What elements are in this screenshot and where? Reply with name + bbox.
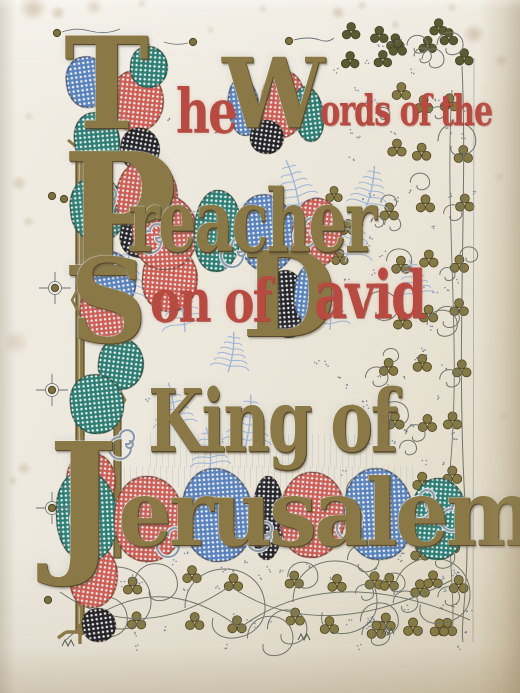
berry	[383, 58, 392, 67]
berry	[423, 36, 432, 45]
ink-speck	[432, 291, 434, 293]
berry	[454, 575, 463, 584]
trefoil-berry-ornament	[430, 19, 448, 35]
trefoil-berry-ornament	[389, 39, 407, 55]
ink-speck	[353, 160, 355, 162]
berry	[377, 629, 386, 638]
ink-speck	[446, 368, 448, 370]
berry	[455, 299, 464, 308]
ink-speck	[218, 588, 220, 590]
margin-gold-dot	[53, 29, 60, 36]
berry	[415, 580, 424, 589]
berry	[367, 629, 376, 638]
ink-speck	[235, 617, 237, 619]
ink-speck	[372, 616, 374, 618]
ink-speck	[400, 38, 402, 40]
berry	[433, 579, 442, 588]
vine-curl	[247, 616, 293, 655]
foxing-spot	[330, 6, 346, 19]
berry	[445, 29, 454, 38]
berry	[132, 612, 141, 621]
berry	[439, 26, 448, 35]
berry	[464, 154, 473, 163]
trefoil-berry-ornament	[365, 572, 384, 589]
foxing-spot	[446, 2, 458, 12]
ink-speck	[430, 325, 432, 327]
ink-speck	[349, 157, 351, 159]
berry	[185, 621, 194, 630]
trefoil-berry-ornament	[411, 580, 430, 597]
ink-speck	[353, 159, 355, 161]
berry	[347, 23, 356, 32]
ink-speck	[475, 191, 477, 193]
ink-speck	[195, 616, 197, 618]
ink-speck	[431, 226, 433, 228]
trefoil-berry-ornament	[404, 618, 423, 635]
vine-curl	[440, 370, 460, 387]
ink-speck	[397, 41, 399, 43]
ink-speck	[443, 591, 445, 593]
ink-speck	[404, 609, 406, 611]
berry	[393, 39, 402, 48]
illuminated-initial-J: J	[48, 438, 118, 562]
ink-speck	[134, 632, 136, 634]
trefoil-berry-ornament	[416, 195, 434, 212]
w-squiggle-mark	[382, 628, 394, 634]
ink-speck	[377, 215, 379, 217]
stipple-panel	[80, 606, 118, 644]
ink-speck	[447, 289, 449, 291]
ink-speck	[426, 354, 428, 356]
ink-speck	[457, 282, 459, 284]
ink-speck	[422, 350, 424, 352]
fern-barb	[228, 336, 234, 338]
berry	[375, 580, 384, 589]
ink-speck	[165, 626, 167, 628]
ink-speck	[413, 426, 415, 428]
ink-speck	[403, 376, 405, 378]
ink-speck	[466, 631, 468, 633]
berry	[429, 571, 438, 580]
trefoil-berry-ornament	[440, 29, 458, 45]
ink-speck	[289, 580, 291, 582]
ink-speck	[440, 607, 442, 609]
vine-curl	[393, 591, 418, 612]
foxing-spot	[498, 412, 508, 421]
berry	[449, 36, 458, 45]
trefoil-berry-ornament	[380, 573, 398, 590]
berry	[435, 619, 444, 628]
foxing-spot	[18, 0, 48, 20]
ink-speck	[356, 136, 358, 138]
ink-speck	[357, 645, 359, 647]
berry	[286, 616, 295, 625]
ink-speck	[368, 62, 370, 64]
ink-speck	[240, 618, 242, 620]
ink-speck	[254, 626, 256, 628]
foxing-spot	[206, 26, 215, 34]
ink-speck	[442, 608, 444, 610]
berry	[419, 44, 428, 53]
trefoil-berry-ornament	[185, 613, 203, 630]
berry	[454, 154, 463, 163]
ink-speck	[292, 575, 294, 577]
vine-curl	[435, 306, 459, 327]
illuminated-manuscript-page-photo: T W P S D J	[0, 0, 520, 693]
vine-curl	[422, 49, 444, 68]
berry	[459, 145, 468, 154]
ink-speck	[456, 439, 458, 441]
ink-speck	[268, 622, 270, 624]
vine-curl	[427, 310, 457, 336]
ink-speck	[368, 626, 370, 628]
ink-speck	[445, 590, 447, 592]
berry	[137, 620, 146, 629]
fern-spine	[228, 332, 236, 372]
trefoil-berry-ornament	[387, 34, 405, 50]
berry	[233, 616, 242, 625]
fern-barb	[210, 362, 230, 368]
title-line3-on-of: on of	[150, 274, 271, 328]
ink-speck	[330, 577, 332, 579]
ink-speck	[358, 137, 360, 139]
berry	[290, 571, 299, 580]
berry	[422, 362, 431, 371]
trefoil-berry-ornament	[224, 574, 242, 591]
berry	[412, 151, 421, 160]
w-squiggle-mark	[298, 634, 310, 640]
berry	[375, 26, 384, 35]
ink-speck	[226, 647, 228, 649]
book-gutter-shadow	[0, 0, 16, 693]
ink-speck	[432, 326, 434, 328]
vine-curl	[444, 205, 462, 221]
berry	[450, 263, 459, 272]
foxing-spot	[258, 4, 268, 13]
ink-speck	[184, 589, 186, 591]
berry	[429, 258, 438, 267]
illuminated-initial-W-block: W	[222, 56, 328, 160]
vine-curl	[267, 610, 306, 644]
ink-speck	[137, 644, 139, 646]
berry	[295, 579, 304, 588]
berry	[374, 58, 383, 67]
ink-speck	[464, 138, 466, 140]
ink-speck	[132, 574, 134, 576]
fern-barb	[214, 357, 231, 362]
berry	[460, 49, 469, 58]
berry	[295, 616, 304, 625]
ink-speck	[254, 623, 256, 625]
ink-speck	[451, 605, 453, 607]
berry	[234, 582, 243, 591]
berry	[380, 34, 389, 43]
ink-speck	[410, 190, 412, 192]
ink-speck	[453, 606, 455, 608]
title-line1-he: he	[176, 84, 236, 139]
ink-speck	[438, 397, 440, 399]
ink-speck	[396, 40, 398, 42]
berry	[398, 47, 407, 56]
ink-speck	[445, 368, 447, 370]
ink-speck	[360, 644, 362, 646]
berry	[381, 613, 390, 622]
page-top-highlight	[0, 0, 520, 10]
ink-speck	[193, 616, 195, 618]
ink-speck	[432, 292, 434, 294]
berry	[397, 147, 406, 156]
trefoil-berry-ornament	[455, 49, 473, 65]
berry	[386, 621, 395, 630]
berry	[421, 195, 430, 204]
ink-speck	[369, 622, 371, 624]
trefoil-berry-ornament	[320, 617, 338, 634]
ink-speck	[258, 574, 260, 576]
ink-speck	[270, 621, 272, 623]
berry	[448, 412, 457, 421]
berry	[389, 47, 398, 56]
berry	[387, 41, 396, 50]
berry	[389, 211, 398, 220]
berry	[411, 588, 420, 597]
berry	[395, 420, 404, 429]
ink-speck	[450, 193, 452, 195]
ink-speck	[404, 377, 406, 379]
ink-speck	[456, 603, 458, 605]
berry	[424, 305, 433, 314]
trefoil-berry-ornament	[342, 23, 360, 39]
ink-speck	[346, 624, 348, 626]
berry	[438, 627, 447, 636]
ink-speck	[139, 583, 141, 585]
ink-speck	[293, 576, 295, 578]
vine-curl	[438, 587, 460, 606]
fern-barb	[282, 167, 289, 170]
berry	[420, 588, 429, 597]
trefoil-berry-ornament	[450, 299, 468, 316]
foxing-spot	[2, 330, 30, 354]
berry	[385, 573, 394, 582]
ink-speck	[473, 191, 475, 193]
vine-curl	[383, 348, 398, 361]
ink-speck	[437, 398, 439, 400]
ink-speck	[385, 250, 387, 252]
trefoil-berry-ornament	[285, 571, 303, 588]
berry	[459, 584, 468, 593]
ink-speck	[138, 582, 140, 584]
trefoil-berry-ornament	[127, 612, 145, 629]
vine-curl	[355, 585, 373, 601]
ink-speck	[187, 589, 189, 591]
ink-speck	[226, 644, 228, 646]
berry	[285, 579, 294, 588]
ink-speck	[132, 577, 134, 579]
ink-speck	[397, 197, 399, 199]
ink-speck	[260, 577, 262, 579]
berry	[460, 194, 469, 203]
berry	[291, 608, 300, 617]
ink-speck	[369, 625, 371, 627]
ink-speck	[378, 45, 380, 47]
vine-curl	[381, 195, 397, 208]
berry	[384, 358, 393, 367]
ink-speck	[421, 348, 423, 350]
ink-speck	[448, 196, 450, 198]
ink-speck	[141, 581, 143, 583]
foxing-spot	[10, 176, 28, 191]
berry	[462, 368, 471, 377]
ink-speck	[420, 595, 422, 597]
vine-curl	[406, 425, 425, 442]
ink-speck	[233, 613, 235, 615]
trefoil-berry-ornament	[453, 360, 471, 377]
ink-speck	[397, 200, 399, 202]
berry	[183, 574, 192, 583]
ink-speck	[136, 649, 138, 651]
berry	[365, 580, 374, 589]
ink-speck	[330, 579, 332, 581]
berry	[434, 19, 443, 28]
berry	[192, 574, 201, 583]
fern-barb	[221, 347, 233, 351]
berry	[424, 250, 433, 259]
vine-curl	[407, 35, 427, 53]
ink-speck	[417, 591, 419, 593]
foxing-spot	[356, 0, 368, 10]
ink-speck	[359, 136, 361, 138]
berry	[380, 211, 389, 220]
trefoil-berry-ornament	[418, 414, 436, 431]
ink-speck	[373, 618, 375, 620]
fern-barb	[217, 352, 231, 356]
berry	[413, 626, 422, 635]
berry	[341, 59, 350, 68]
ink-speck	[444, 588, 446, 590]
margin-gold-dot	[48, 386, 55, 393]
ink-speck	[388, 43, 390, 45]
ink-speck	[367, 621, 369, 623]
berry	[404, 626, 413, 635]
berry	[385, 203, 394, 212]
ink-speck	[448, 290, 450, 292]
ink-speck	[369, 620, 371, 622]
trefoil-berry-ornament	[424, 571, 442, 588]
margin-gold-dot	[189, 38, 196, 45]
ink-speck	[442, 575, 444, 577]
trefoil-berry-ornament	[438, 618, 457, 635]
ink-speck	[394, 199, 396, 201]
berry	[379, 50, 388, 59]
berry	[325, 617, 334, 626]
berry	[455, 255, 464, 264]
page-bottom-edge-shadow	[0, 647, 520, 693]
ink-speck	[452, 433, 454, 435]
ink-speck	[164, 629, 166, 631]
berry	[190, 613, 199, 622]
ink-speck	[367, 618, 369, 620]
ink-speck	[406, 431, 408, 433]
berry	[448, 627, 457, 636]
ink-speck	[442, 578, 444, 580]
berry	[229, 574, 238, 583]
ink-speck	[473, 193, 475, 195]
trefoil-berry-ornament	[454, 145, 472, 162]
vine-curl	[460, 247, 478, 262]
trefoil-berry-ornament	[341, 52, 359, 68]
margin-cross-ring	[46, 384, 59, 397]
ink-speck	[382, 45, 384, 47]
ink-speck	[457, 646, 459, 648]
foxing-spot	[24, 112, 34, 121]
ink-speck	[457, 646, 459, 648]
title-line4-king-of: King of	[148, 384, 396, 461]
ink-speck	[453, 432, 455, 434]
illuminated-initial-W: W	[222, 56, 324, 133]
berry	[346, 52, 355, 61]
trefoil-berry-ornament	[456, 194, 474, 211]
vine-curl	[400, 440, 417, 455]
ink-speck	[459, 648, 461, 650]
ink-speck	[366, 60, 368, 62]
ink-speck	[422, 596, 424, 598]
ink-speck	[404, 430, 406, 432]
ink-speck	[373, 619, 375, 621]
vine-curl	[360, 603, 398, 636]
ink-speck	[442, 604, 444, 606]
trefoil-berry-ornament	[228, 616, 246, 633]
berry	[440, 627, 449, 636]
ink-speck	[420, 632, 422, 634]
ink-speck	[453, 428, 455, 430]
berry	[392, 139, 401, 148]
berry	[337, 582, 346, 591]
vine-curl	[440, 268, 455, 281]
ink-speck	[407, 609, 409, 611]
ink-speck	[451, 195, 453, 197]
berry	[443, 420, 452, 429]
ink-speck	[366, 628, 368, 630]
vine-curl	[414, 48, 431, 63]
ink-speck	[348, 619, 350, 621]
vine-curl	[362, 621, 390, 645]
ink-speck	[452, 575, 454, 577]
ink-speck	[437, 292, 439, 294]
vine-curl	[383, 573, 405, 592]
title-line3-avid: avid	[314, 266, 425, 326]
ink-speck	[454, 439, 456, 441]
vine-curl	[385, 217, 401, 231]
berry	[370, 572, 379, 581]
ink-speck	[458, 572, 460, 574]
berry	[424, 579, 433, 588]
ink-speck	[367, 624, 369, 626]
ink-speck	[236, 620, 238, 622]
berry	[465, 202, 474, 211]
berry	[422, 151, 431, 160]
berry	[453, 368, 462, 377]
trefoil-berry-ornament	[443, 412, 461, 429]
title-line2-reacher: reacher	[128, 184, 375, 261]
ink-speck	[337, 68, 339, 70]
ink-speck	[370, 617, 372, 619]
ink-speck	[183, 588, 185, 590]
vine-curl	[410, 173, 429, 190]
berry	[342, 30, 351, 39]
foxing-spot	[494, 172, 505, 181]
berry	[455, 56, 464, 65]
berry	[464, 56, 473, 65]
ink-speck	[296, 620, 298, 622]
